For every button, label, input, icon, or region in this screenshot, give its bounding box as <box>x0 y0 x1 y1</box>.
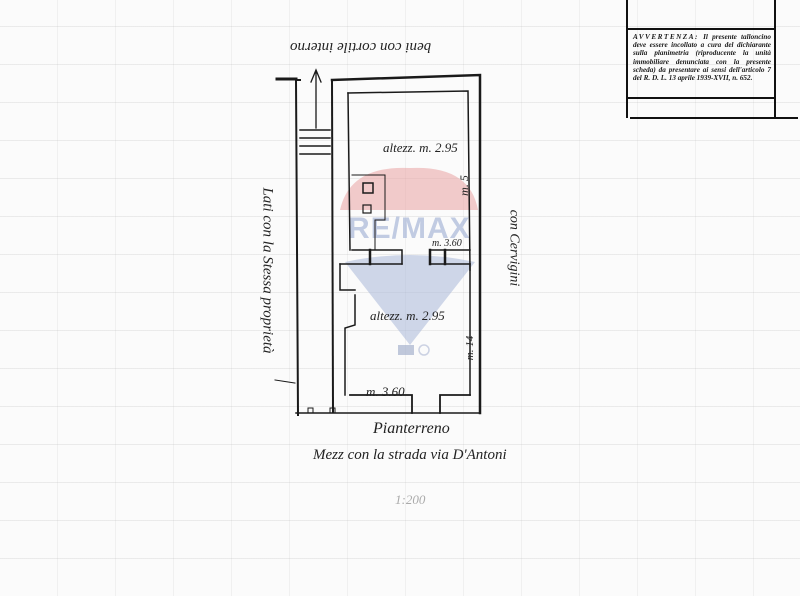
lower-room-width-label: m. 3.60 <box>366 384 405 400</box>
north-boundary-label: beni con cortile interno <box>290 38 431 55</box>
notice-body: Il presente talloncino deve essere incol… <box>633 33 771 82</box>
notice-bottom-rule <box>630 117 798 119</box>
east-boundary-label: con Cervigini <box>505 210 521 287</box>
lower-room-height-label: altezz. m. 2.95 <box>370 308 445 324</box>
south-boundary-label: Mezz con la strada via D'Antoni <box>313 447 507 464</box>
notice-box: AVVERTENZA: Il presente talloncino deve … <box>626 0 776 118</box>
notice-heading: AVVERTENZA: <box>633 33 699 41</box>
notice-text: AVVERTENZA: Il presente talloncino deve … <box>633 33 771 82</box>
upper-room-width-label: m. 3.60 <box>432 238 462 249</box>
floor-title-label: Pianterreno <box>373 420 450 438</box>
upper-room-height-label: altezz. m. 2.95 <box>383 140 458 156</box>
scale-mark: 1:200 <box>395 492 425 508</box>
west-boundary-label: Lati con la Stessa proprietà <box>259 187 276 353</box>
lower-room-length-label: m. 14 <box>464 336 476 360</box>
upper-room-length-label: m. 5 <box>457 175 472 196</box>
